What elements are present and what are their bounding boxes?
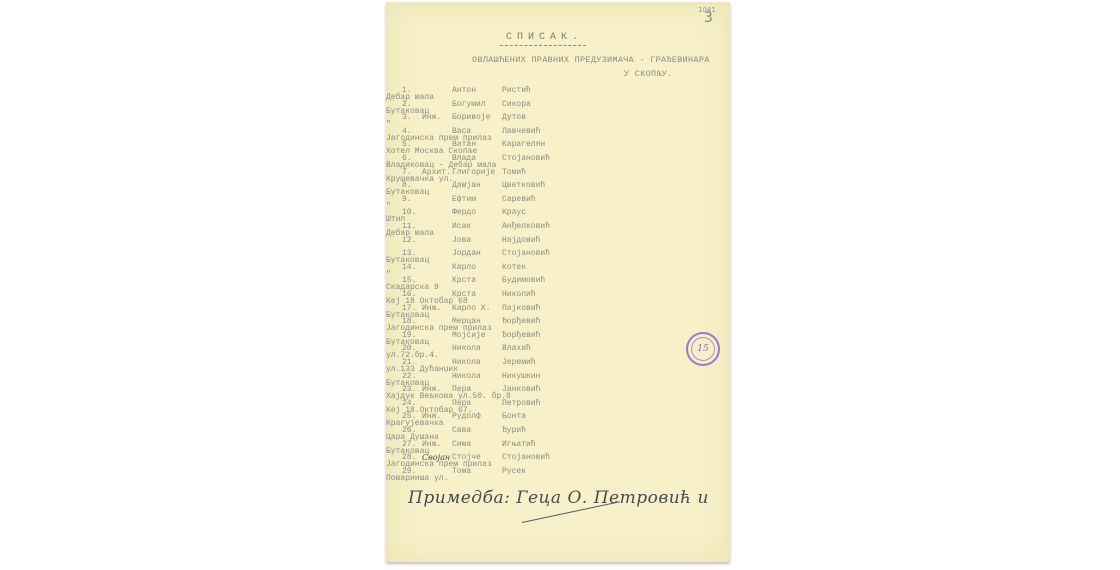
entry-first-name: Јова: [452, 236, 471, 245]
list-item: 3.Инж.БоривојеДутов": [386, 113, 730, 127]
entry-number: 25.: [402, 412, 416, 421]
entry-last-name: Котек: [502, 263, 526, 272]
entry-first-name: Рудолф: [452, 412, 481, 421]
list-item: 16.КрстаНиколићКеј 18 Октобар 68: [386, 290, 730, 304]
entry-last-name: Влахић: [502, 344, 531, 353]
list-item: 26.СаваЂурићЦара Душана: [386, 426, 730, 440]
list-item: 6.ВладаСтојановићВладиковац - Дебар мала: [386, 154, 730, 168]
list-item: 12.ЈоваНајдовић: [386, 236, 730, 250]
entry-number: 9.: [402, 195, 412, 204]
list-item: 15.КрстаБудимовићСкадарска 9: [386, 276, 730, 290]
list-item: 13.ЈорданСтојановићБутаковац: [386, 249, 730, 263]
list-item: 2.БогумилСикораБутаковац: [386, 100, 730, 114]
entry-number: 19.: [402, 331, 416, 340]
entry-first-name: Сима: [452, 440, 471, 449]
entry-address: Поварииша ул.: [386, 474, 448, 483]
entry-number: 10.: [402, 208, 416, 217]
entry-number: 22.: [402, 372, 416, 381]
entry-last-name: Цветковић: [502, 181, 545, 190]
entry-first-name: Пера: [452, 399, 471, 408]
entry-last-name: Томић: [502, 168, 526, 177]
official-stamp: 15: [686, 332, 720, 366]
entry-last-name: Саревић: [502, 195, 536, 204]
entry-number: 15.: [402, 276, 416, 285]
entry-number: 27.: [402, 440, 416, 449]
list-item: 1.АнтонРистићДебар мала: [386, 86, 730, 100]
list-item: 19.МојсијеЂорђевићБутаковац: [386, 331, 730, 345]
entry-number: 14.: [402, 263, 416, 272]
entry-last-name: Стојановић: [502, 249, 550, 258]
entry-first-name: Антон: [452, 86, 476, 95]
entry-last-name: Карагелян: [502, 140, 545, 149]
list-item: 20.НиколаВлахићул.72.бр.4.: [386, 344, 730, 358]
entry-first-name: Богумил: [452, 100, 486, 109]
list-item: 10.ФердоКраусШтип: [386, 208, 730, 222]
entry-last-name: Лавчевић: [502, 127, 540, 136]
entry-number: 2.: [402, 100, 412, 109]
entry-number: 11.: [402, 222, 416, 231]
list-item: 18.МерцанЂорђевићЈагодинска прем прилаз: [386, 317, 730, 331]
entry-first-name: Сава: [452, 426, 471, 435]
document-subtitle-line1: ОВЛАШЋЕНИХ ПРАВНИХ ПРЕДУЗИМАЧА - ГРАЂЕВИ…: [472, 55, 710, 65]
list-item: 5.ВатанКарагелянХотел Москва Скопље: [386, 140, 730, 154]
entry-first-name: Крста: [452, 290, 476, 299]
entry-number: 4.: [402, 127, 412, 136]
entry-first-name: Никола: [452, 344, 481, 353]
entry-last-name: Игњатић: [502, 440, 536, 449]
entry-last-name: Стојановић: [502, 154, 550, 163]
list-item: 7.Архит.ГлигоријеТомићКрушевачка ул.: [386, 168, 730, 182]
list-item: 14.КарлоКотек": [386, 263, 730, 277]
entry-number: 24.: [402, 399, 416, 408]
entry-first-name: Тома: [452, 467, 471, 476]
entry-number: 16.: [402, 290, 416, 299]
entry-first-name: Никола: [452, 372, 481, 381]
list-item: 11.ИсакАнђелковићДебар мала: [386, 222, 730, 236]
entry-first-name: Боривоје: [452, 113, 490, 122]
document-subtitle-line2: У СКОПЉУ.: [624, 69, 673, 79]
list-item: 17.Инж.Карло Х.ПајковићБутаковац: [386, 304, 730, 318]
list-item: 8.ДамјанЦветковићБутаковац: [386, 181, 730, 195]
entry-first-name: Никола: [452, 358, 481, 367]
entry-first-name: Фердо: [452, 208, 476, 217]
entry-title: Инж.: [422, 304, 441, 313]
entry-last-name: Ђорђевић: [502, 331, 540, 340]
list-item: 24.ПераПетровићКеј 18.Октобар 67.: [386, 399, 730, 413]
entry-first-name: Стојче: [452, 453, 481, 462]
entry-title: Својан: [422, 453, 450, 462]
entry-first-name: Мерцан: [452, 317, 481, 326]
entry-number: 28.: [402, 453, 416, 462]
entry-title: Инж.: [422, 385, 441, 394]
list-item: 29.ТомаРусекПоварииша ул.: [386, 467, 730, 481]
handwritten-note: Примедба: Геца О. Петровић и: [408, 488, 709, 508]
entry-number: 1.: [402, 86, 412, 95]
entry-last-name: Петровић: [502, 399, 540, 408]
list-item: 28.СвојанСтојчеСтојановићЈагодинска прем…: [386, 453, 730, 467]
entry-last-name: Русек: [502, 467, 526, 476]
entry-number: 21.: [402, 358, 416, 367]
entry-number: 23.: [402, 385, 416, 394]
entry-number: 20.: [402, 344, 416, 353]
entry-title: Архит.: [422, 168, 451, 177]
list-item: 27.Инж.СимаИгњатићБутаковац: [386, 440, 730, 454]
entry-title: Инж.: [422, 440, 441, 449]
entry-number: 17.: [402, 304, 416, 313]
entry-first-name: Карло Х.: [452, 304, 490, 313]
entry-last-name: Будимовић: [502, 276, 545, 285]
page-number: 3: [704, 10, 713, 26]
entry-title: Инж.: [422, 113, 441, 122]
entry-last-name: Најдовић: [502, 236, 540, 245]
entry-number: 18.: [402, 317, 416, 326]
entry-last-name: Сикора: [502, 100, 531, 109]
entry-first-name: Крста: [452, 276, 476, 285]
entry-number: 8.: [402, 181, 412, 190]
entry-last-name: Дутов: [502, 113, 526, 122]
entry-last-name: Ристић: [502, 86, 531, 95]
document-title: СПИСАК.: [506, 32, 583, 43]
entry-first-name: Карло: [452, 263, 476, 272]
list-item: 9.ЕфтимСаревић": [386, 195, 730, 209]
entry-number: 13.: [402, 249, 416, 258]
entry-last-name: Пајковић: [502, 304, 540, 313]
entry-first-name: Васа: [452, 127, 471, 136]
list-item: 4.ВасаЛавчевићЈагодинска прем прилаз: [386, 127, 730, 141]
entry-number: 26.: [402, 426, 416, 435]
entry-last-name: Јанковић: [502, 385, 540, 394]
entry-last-name: Никушкин: [502, 372, 540, 381]
entry-first-name: Мојсије: [452, 331, 486, 340]
entry-first-name: Дамјан: [452, 181, 481, 190]
entry-last-name: Бонта: [502, 412, 526, 421]
entry-number: 7.: [402, 168, 412, 177]
entry-last-name: Стојановић: [502, 453, 550, 462]
entry-last-name: Николић: [502, 290, 536, 299]
entry-last-name: Ђурић: [502, 426, 526, 435]
entry-number: 3.: [402, 113, 412, 122]
entry-title: Инж.: [422, 412, 441, 421]
entry-number: 5.: [402, 140, 412, 149]
list-item: 21.НиколаЈеремићул.133 Дућанџик: [386, 358, 730, 372]
entry-first-name: Глигорије: [452, 168, 495, 177]
title-underline: [500, 45, 586, 46]
entry-first-name: Влада: [452, 154, 476, 163]
entry-last-name: Ђорђевић: [502, 317, 540, 326]
entry-first-name: Исак: [452, 222, 471, 231]
entry-first-name: Ефтим: [452, 195, 476, 204]
entry-first-name: Ватан: [452, 140, 476, 149]
entry-number: 6.: [402, 154, 412, 163]
list-item: 25.Инж.РудолфБонтаКрагујевачка: [386, 412, 730, 426]
entry-last-name: Краус: [502, 208, 526, 217]
list-item: 23.Инж.ПераЈанковићХајдук Вељкова ул.50.…: [386, 385, 730, 399]
entry-number: 29.: [402, 467, 416, 476]
entry-last-name: Јеремић: [502, 358, 536, 367]
entry-first-name: Пера: [452, 385, 471, 394]
list-item: 22.НиколаНикушкинБутаковац: [386, 372, 730, 386]
entry-first-name: Јордан: [452, 249, 481, 258]
document-page: 1041 3 СПИСАК. ОВЛАШЋЕНИХ ПРАВНИХ ПРЕДУЗ…: [386, 2, 730, 562]
entry-last-name: Анђелковић: [502, 222, 550, 231]
entry-number: 12.: [402, 236, 416, 245]
